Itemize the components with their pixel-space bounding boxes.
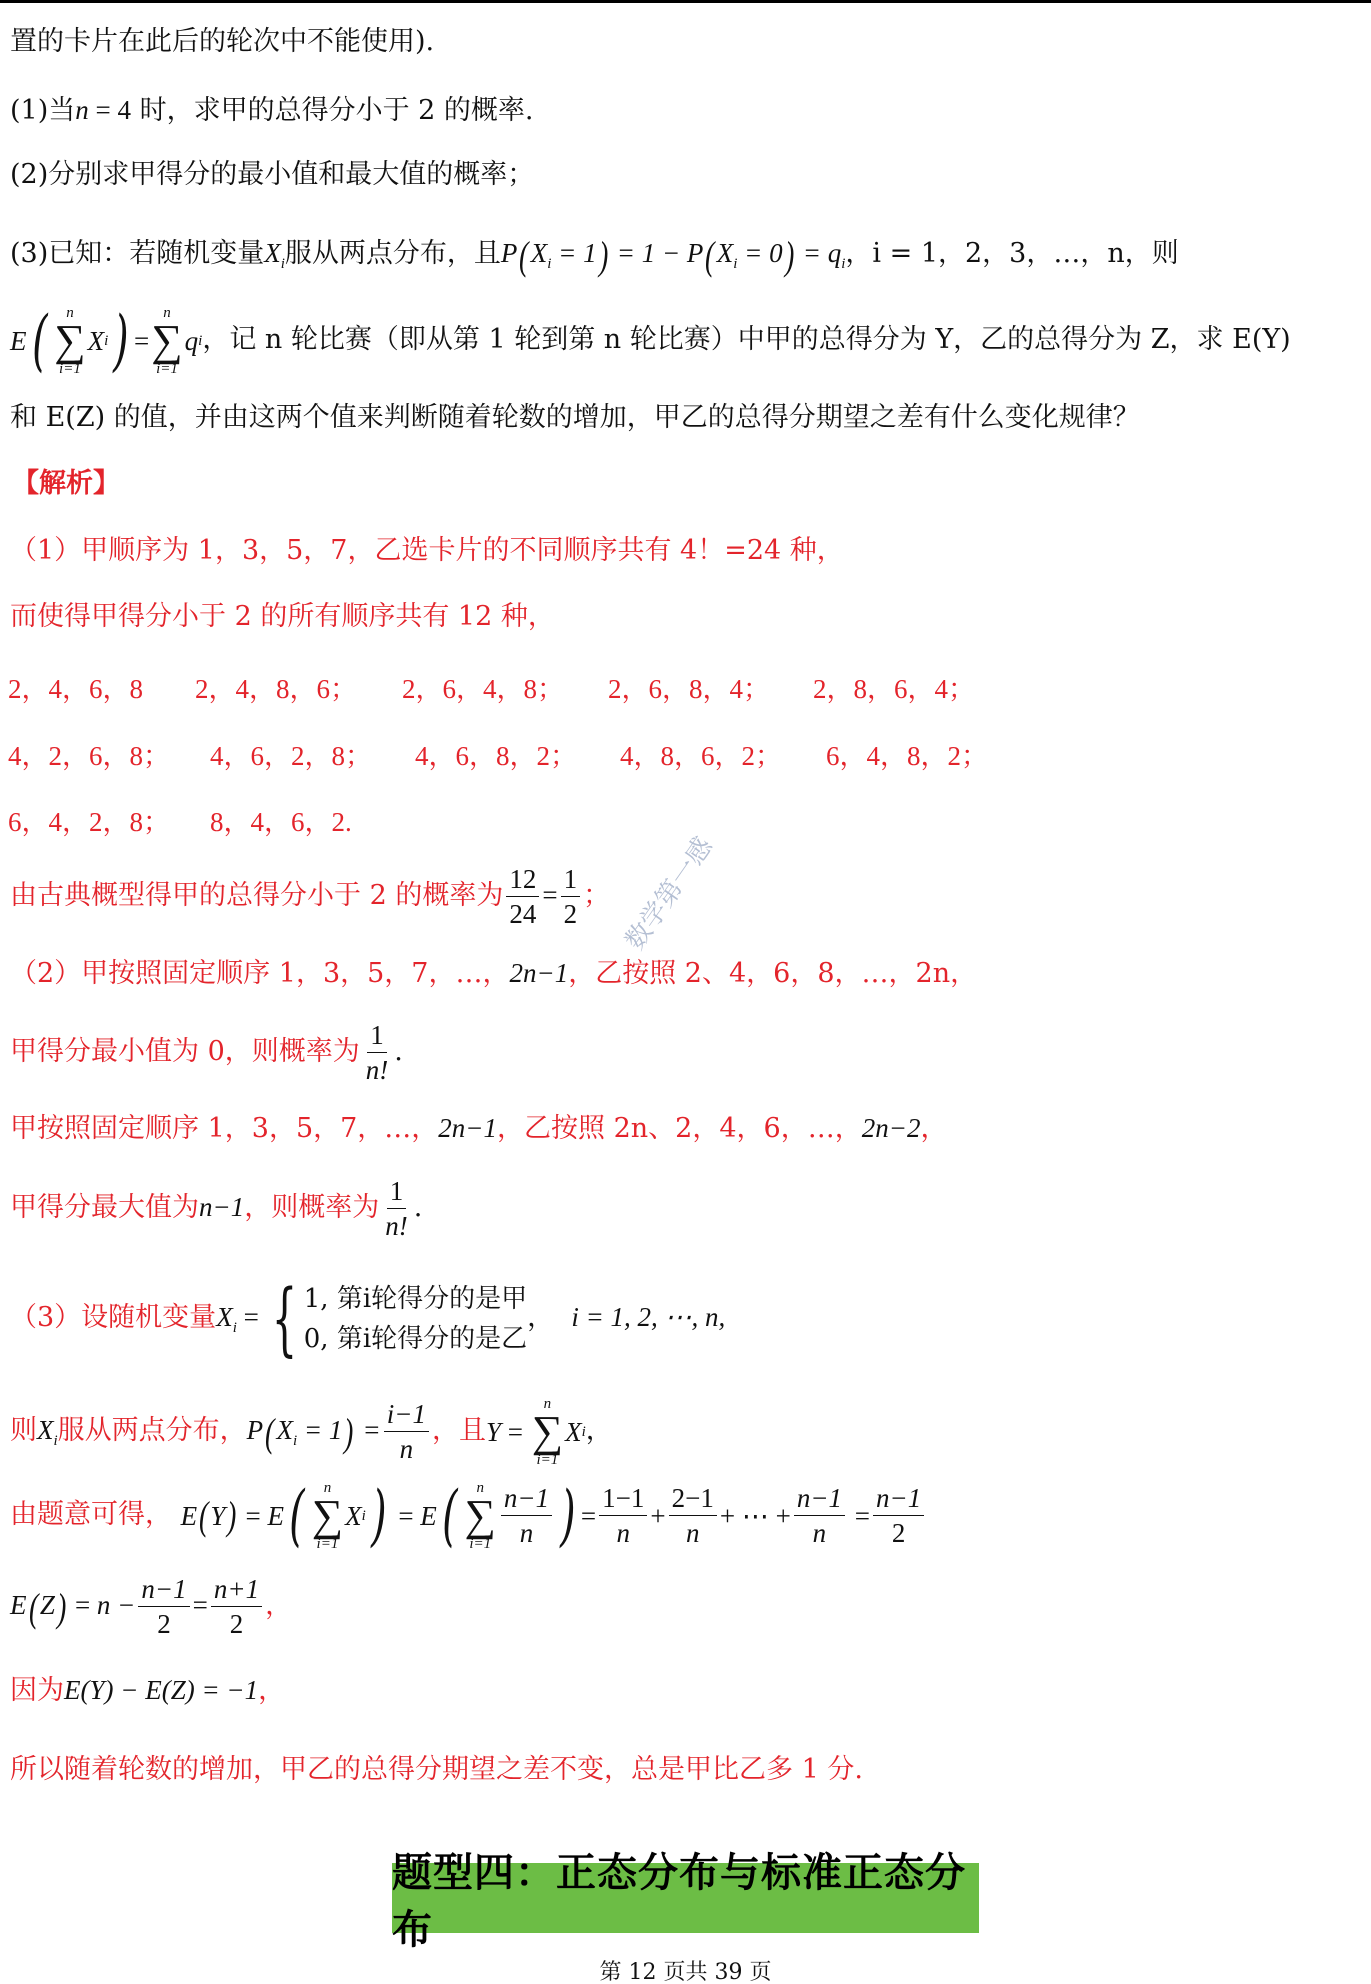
sequence-item: 6，4，2，8；	[8, 800, 170, 839]
sequence-item: 4，6，2，8；	[210, 734, 372, 773]
solution-part-1-line-2: 而使得甲得分小于 2 的所有顺序共有 12 种，	[10, 600, 555, 634]
expectation-z-formula: E(Z) = n −	[10, 1590, 135, 1620]
question-part-1: (1)当n = 4 时，求甲的总得分小于 2 的概率.	[10, 93, 534, 128]
solution-part-3-line-5: 因为E(Y) − E(Z) = −1，	[10, 1673, 285, 1708]
question-part-3-line-2: E(n∑i=1Xi)=n∑i=1qi，记 n 轮比赛（即从第 1 轮到第 n 轮…	[10, 298, 1291, 383]
page-footer: 第 12 页共 39 页	[0, 1955, 1371, 1984]
question-part-3-line-1: (3)已知：若随机变量Xi服从两点分布，且P(Xi = 1) = 1 − P(X…	[10, 236, 1179, 281]
solution-part-2-line-3: 甲按照固定顺序 1，3，5，7，…，2n−1，乙按照 2n、2，4，6，…，2n…	[10, 1111, 947, 1146]
sequence-item: 4，8，6，2；	[620, 734, 782, 773]
solution-part-3-line-3: 由题意可得， E(Y) = E(n∑i=1Xi) = E(n∑i=1n−1n)=…	[10, 1470, 927, 1561]
left-brace: {	[272, 1279, 297, 1359]
section-heading: 题型四：正态分布与标准正态分布	[392, 1863, 979, 1933]
solution-part-2-line-2: 甲得分最小值为 0，则概率为1n!.	[10, 1015, 403, 1089]
solution-part-1-line-1: （1）甲顺序为 1，3，5，7，乙选卡片的不同顺序共有 4！=24 种，	[10, 534, 844, 568]
expectation-y-derivation: E(Y) = E(n∑i=1Xi) = E(n∑i=1n−1n)=1−1n+2−…	[181, 1471, 928, 1561]
question-part-2: (2)分别求甲得分的最小值和最大值的概率；	[10, 158, 534, 192]
solution-part-2-line-4: 甲得分最大值为n−1，则概率为1n!.	[10, 1170, 422, 1245]
question-part-3-line-3: 和 E(Z) 的值，并由这两个值来判断随着轮数的增加，甲乙的总得分期望之差有什么…	[10, 401, 1140, 435]
two-point-formula: P(Xi = 1) = 1 − P(Xi = 0) = qi	[501, 238, 845, 268]
sequence-item: 8，4，6，2.	[210, 800, 352, 839]
top-rule	[0, 0, 1371, 3]
sequence-item: 2，4，6，8	[8, 667, 143, 706]
solution-part-3-line-4: E(Z) = n −n−12=n+12，	[10, 1568, 292, 1645]
solution-part-3-line-1: （3）设随机变量Xi ={1, 第i轮得分的是甲0, 第i轮得分的是乙， i =…	[10, 1275, 725, 1370]
solution-part-3-line-2: 则Xi服从两点分布，P(Xi = 1) =i−1n，且Y = n∑i=1Xi，	[10, 1388, 613, 1483]
watermark: 数学第一感	[615, 828, 720, 956]
sequence-item: 4，6，8，2；	[415, 734, 577, 773]
sequence-item: 2，4，8，6；	[195, 667, 357, 706]
sequence-item: 2，8，6，4；	[813, 667, 975, 706]
sequence-item: 2，6，4，8；	[402, 667, 564, 706]
question-intro-tail: 置的卡片在此后的轮次中不能使用).	[10, 25, 434, 59]
solution-part-1-conclusion: 由古典概型得甲的总得分小于 2 的概率为1224=12；	[10, 858, 610, 933]
expectation-sum-formula: E(n∑i=1Xi)=n∑i=1qi	[10, 299, 202, 383]
solution-heading: 【解析】	[12, 467, 120, 501]
sequence-item: 4，2，6，8；	[8, 734, 170, 773]
solution-part-2-line-1: （2）甲按照固定顺序 1，3，5，7，…，2n−1，乙按照 2、4，6，8，…，…	[10, 956, 977, 991]
sequence-item: 6，4，8，2；	[826, 734, 988, 773]
solution-part-3-conclusion: 所以随着轮数的增加，甲乙的总得分期望之差不变，总是甲比乙多 1 分.	[10, 1753, 863, 1787]
sequence-item: 2，6，8，4；	[608, 667, 770, 706]
